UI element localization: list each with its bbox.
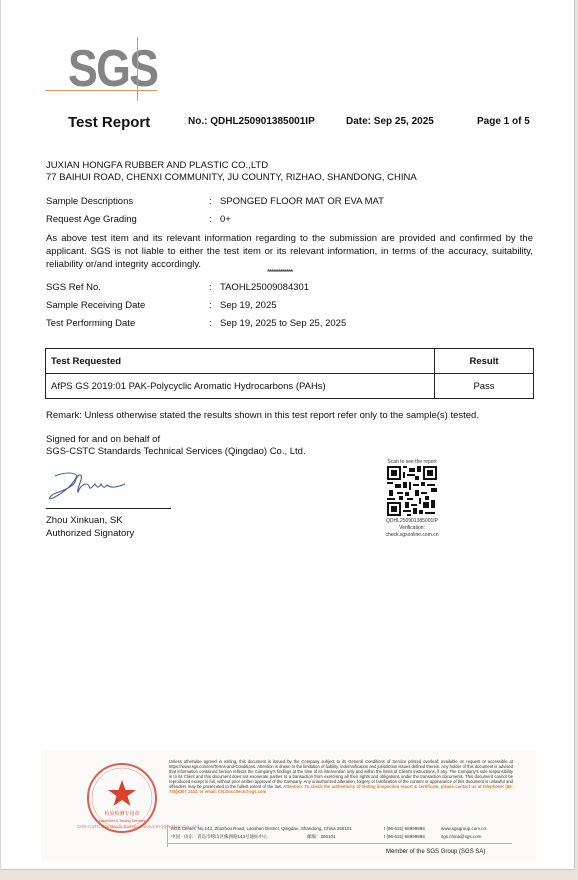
field-colon: : (209, 300, 212, 311)
header-test-requested: Test Requested (46, 349, 435, 374)
applicant-address: 77 BAIHUI ROAD, CHENXI COMMUNITY, JU COU… (46, 172, 417, 184)
signatory-name: Zhou Xinkuan, SK (46, 515, 123, 527)
table-row: AfPS GS 2019:01 PAK-Polycyclic Aromatic … (46, 374, 534, 399)
viewer-background (0, 870, 578, 880)
signatory-role: Authorized Signatory (46, 528, 134, 540)
report-number: No.: QDHL250901385001IP (188, 116, 315, 127)
qr-code-icon[interactable] (384, 466, 440, 516)
address-cn: 中国 · 山东 · 青岛市崂山区株洲路143号通标中心 (171, 834, 268, 840)
disclaimer-paragraph: As above test item and its relevant info… (46, 232, 533, 271)
field-label: SGS Ref No. (46, 282, 101, 293)
qr-caption: Scan to see the report (377, 459, 447, 465)
field-label: Sample Receiving Date (46, 300, 145, 311)
qr-report-code: QDHL250901385001IP (377, 518, 447, 524)
telephone-2: t (86-532) 68999888 (384, 834, 425, 839)
address-en: SGS Center, No.143, Zhuzhou Road, Laosha… (171, 826, 352, 831)
field-value: 0+ (220, 214, 231, 225)
field-label: Request Age Grading (46, 214, 137, 225)
report-date: Date: Sep 25, 2025 (346, 116, 434, 127)
seal-en-text: Inspection & Testing Services (99, 819, 146, 823)
terms-fine-print: Unless otherwise agreed in writing, this… (169, 759, 513, 794)
table-header-row: Test Requested Result (46, 349, 534, 374)
member-of-sgs-group: Member of the SGS Group (SGS SA) (386, 849, 485, 855)
header-result: Result (435, 349, 534, 374)
page-title: Test Report (68, 114, 150, 131)
signing-company: SGS-CSTC Standards Technical Services (Q… (46, 446, 306, 458)
test-results-table: Test Requested Result AfPS GS 2019:01 PA… (45, 348, 534, 399)
logo-horizontal-line (45, 90, 157, 91)
website-link[interactable]: www.sgsgroup.com.cn (441, 826, 486, 831)
field-colon: : (209, 318, 212, 329)
sgs-logo-text: SGS (68, 43, 157, 95)
field-label: Sample Descriptions (46, 196, 133, 207)
test-result-cell: Pass (435, 374, 534, 399)
field-value: SPONGED FLOOR MAT OR EVA MAT (220, 196, 384, 207)
field-label: Test Performing Date (46, 318, 135, 329)
qr-verification-label: Verification: (377, 525, 447, 531)
field-value: Sep 19, 2025 (220, 300, 277, 311)
signature-line (46, 508, 171, 509)
remark: Remark: Unless otherwise stated the resu… (46, 410, 479, 422)
field-value: Sep 19, 2025 to Sep 25, 2025 (220, 318, 346, 329)
telephone-1: t (86-532) 68999888 (384, 826, 425, 831)
signed-for-text: Signed for and on behalf of (46, 434, 160, 446)
footer-horizontal-line (167, 843, 512, 844)
field-value: TAOHL25009084301 (220, 282, 309, 293)
qr-verification-site[interactable]: check.sgsonline.com.cn (377, 532, 447, 538)
email-link[interactable]: sgs.china@sgs.com (441, 834, 481, 839)
signature-icon (45, 470, 135, 504)
test-name-cell: AfPS GS 2019:01 PAK-Polycyclic Aromatic … (46, 374, 435, 399)
seal-cn-text: 检验检测专用章 (104, 810, 139, 817)
applicant-name: JUXIAN HONGFA RUBBER AND PLASTIC CO.,LTD (46, 160, 268, 172)
separator: ************ (267, 268, 292, 277)
report-page: SGS Test Report No.: QDHL250901385001IP … (0, 0, 575, 870)
field-colon: : (209, 214, 212, 225)
postcode-cn: 邮编：266101 (307, 834, 336, 840)
sgs-logo: SGS (45, 40, 157, 102)
page-indicator: Page 1 of 5 (477, 116, 530, 127)
logo-vertical-line (137, 37, 138, 101)
field-colon: : (209, 196, 212, 207)
field-colon: : (209, 282, 212, 293)
